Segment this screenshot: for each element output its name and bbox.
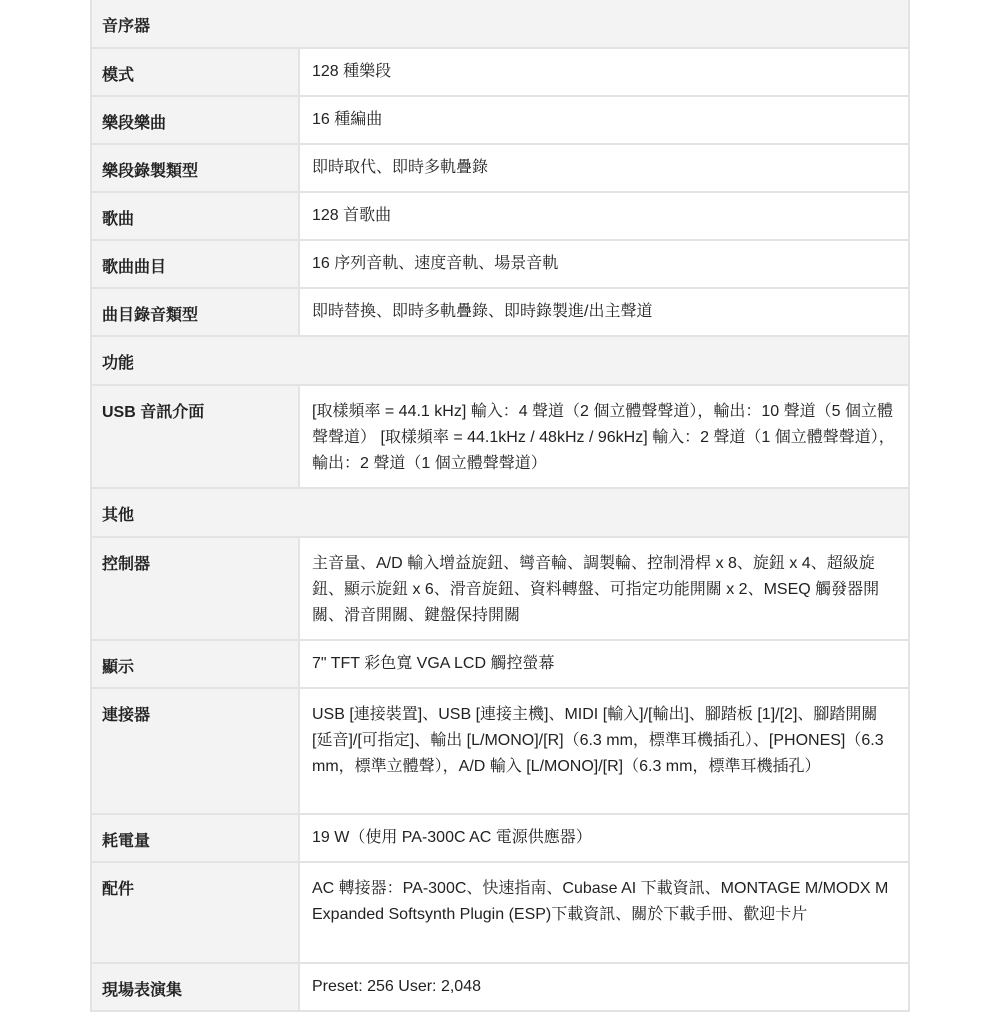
spec-value: 7" TFT 彩色寬 VGA LCD 觸控螢幕 xyxy=(299,640,909,688)
spec-label: 樂段樂曲 xyxy=(91,96,299,144)
spec-value: AC 轉接器：PA-300C、快速指南、Cubase AI 下載資訊、MONTA… xyxy=(299,862,909,963)
section-header-sequencer: 音序器 xyxy=(91,0,909,48)
spec-label: USB 音訊介面 xyxy=(91,385,299,488)
spec-label: 現場表演集 xyxy=(91,963,299,1000)
section-header-features: 功能 xyxy=(91,336,909,385)
spec-row: 模式 128 種樂段 xyxy=(91,48,909,96)
spec-row: 連接器 USB [連接裝置]、USB [連接主機]、MIDI [輸入]/[輸出]… xyxy=(91,688,909,814)
spec-label: 顯示 xyxy=(91,640,299,688)
spec-value: 主音量、A/D 輸入增益旋鈕、彎音輪、調製輪、控制滑桿 x 8、旋鈕 x 4、超… xyxy=(299,537,909,640)
spec-value: 19 W（使用 PA-300C AC 電源供應器） xyxy=(299,814,909,862)
spec-label: 配件 xyxy=(91,862,299,963)
spec-value: 128 種樂段 xyxy=(299,48,909,96)
spec-value: 即時取代、即時多軌疊錄 xyxy=(299,144,909,192)
spec-value: USB [連接裝置]、USB [連接主機]、MIDI [輸入]/[輸出]、腳踏板… xyxy=(299,688,909,814)
spec-row: 歌曲 128 首歌曲 xyxy=(91,192,909,240)
spec-value: Preset: 256 User: 2,048 xyxy=(299,963,909,1000)
spec-label: 歌曲 xyxy=(91,192,299,240)
spec-row: 樂段樂曲 16 種編曲 xyxy=(91,96,909,144)
spec-label: 樂段錄製類型 xyxy=(91,144,299,192)
spec-value: 16 序列音軌、速度音軌、場景音軌 xyxy=(299,240,909,288)
spec-value: 即時替換、即時多軌疊錄、即時錄製進/出主聲道 xyxy=(299,288,909,336)
spec-label: 曲目錄音類型 xyxy=(91,288,299,336)
spec-row: USB 音訊介面 [取樣頻率 = 44.1 kHz] 輸入：4 聲道（2 個立體… xyxy=(91,385,909,488)
section-title: 功能 xyxy=(91,336,909,385)
spec-row: 樂段錄製類型 即時取代、即時多軌疊錄 xyxy=(91,144,909,192)
section-header-other: 其他 xyxy=(91,488,909,537)
spec-row: 配件 AC 轉接器：PA-300C、快速指南、Cubase AI 下載資訊、MO… xyxy=(91,862,909,963)
spec-table: 音序器 模式 128 種樂段 樂段樂曲 16 種編曲 樂段錄製類型 即時取代、即… xyxy=(90,0,910,1000)
spec-label: 控制器 xyxy=(91,537,299,640)
spec-row: 顯示 7" TFT 彩色寬 VGA LCD 觸控螢幕 xyxy=(91,640,909,688)
spec-row: 歌曲曲目 16 序列音軌、速度音軌、場景音軌 xyxy=(91,240,909,288)
spec-row: 曲目錄音類型 即時替換、即時多軌疊錄、即時錄製進/出主聲道 xyxy=(91,288,909,336)
section-title: 其他 xyxy=(91,488,909,537)
spec-label: 連接器 xyxy=(91,688,299,814)
spec-label: 歌曲曲目 xyxy=(91,240,299,288)
spec-row: 現場表演集 Preset: 256 User: 2,048 xyxy=(91,963,909,1000)
spec-row: 控制器 主音量、A/D 輸入增益旋鈕、彎音輪、調製輪、控制滑桿 x 8、旋鈕 x… xyxy=(91,537,909,640)
spec-value: [取樣頻率 = 44.1 kHz] 輸入：4 聲道（2 個立體聲聲道），輸出：1… xyxy=(299,385,909,488)
spec-label: 耗電量 xyxy=(91,814,299,862)
spec-row: 耗電量 19 W（使用 PA-300C AC 電源供應器） xyxy=(91,814,909,862)
spec-value: 128 首歌曲 xyxy=(299,192,909,240)
spec-value: 16 種編曲 xyxy=(299,96,909,144)
section-title: 音序器 xyxy=(91,0,909,48)
spec-label: 模式 xyxy=(91,48,299,96)
